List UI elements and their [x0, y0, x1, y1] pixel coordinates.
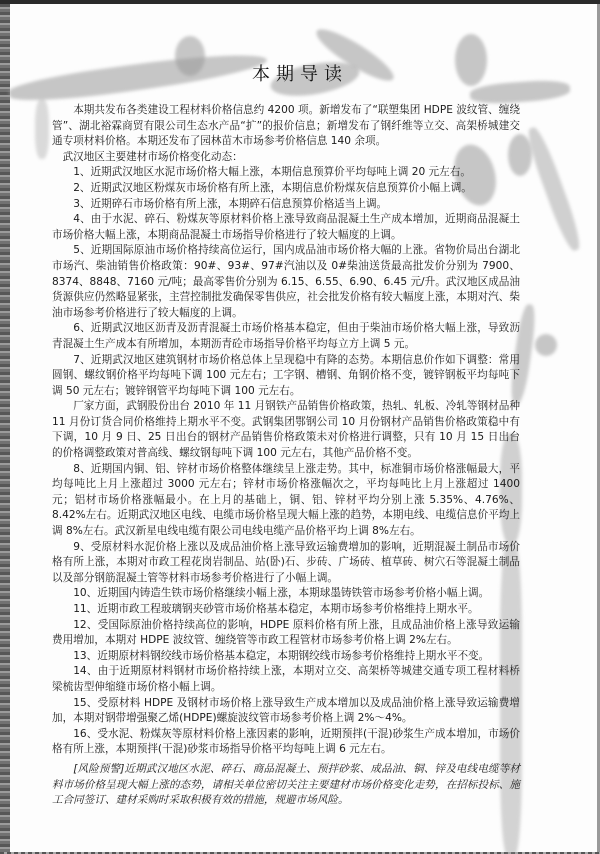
decorative-brush-stroke [523, 125, 584, 253]
list-item: 2、近期武汉地区粉煤灰市场价格有所上涨，本期信息价粉煤灰信息预算价小幅上调。 [52, 181, 520, 197]
list-item: 5、近期国际原油市场价格持续高位运行，国内成品油市场价格大幅的上涨。省物价局出台… [52, 243, 520, 321]
list-item: 11、近期市政工程玻璃钢夹砂管市场价格基本稳定，本期市场参考价格维持上期水平。 [52, 602, 520, 618]
intro-paragraph: 本期共发布各类建设工程材料价格信息约 4200 项。新增发布了“联塑集团 HDP… [52, 103, 520, 150]
list-item: 6、近期武汉地区沥青及沥青混凝土市场价格基本稳定，但由于柴油市场价格大幅上涨，导… [52, 321, 520, 352]
document-body: 本期共发布各类建设工程材料价格信息约 4200 项。新增发布了“联塑集团 HDP… [52, 103, 520, 809]
list-item: 10、近期国内铸造生铁市场价格继续小幅上涨，本期球墨铸铁管市场参考价格小幅上调。 [52, 586, 520, 602]
decorative-brush-stroke [35, 99, 49, 159]
list-item: 4、由于水泥、碎石、粉煤灰等原材料价格上涨导致商品混凝土生产成本增加，近期商品混… [52, 212, 520, 243]
page-title: 本期导读 [0, 60, 600, 86]
list-item: 16、受水泥、粉煤灰等原材料价格上涨因素的影响，近期预拌(干混)砂浆生产成本增加… [52, 727, 520, 758]
risk-warning: [风险预警]近期武汉地区水泥、碎石、商品混凝土、预拌砂浆、成品油、铜、锌及电线电… [52, 762, 520, 809]
list-item: 12、受国际原油价格持续高位的影响，HDPE 原料价格有所上涨，且成品油价格上涨… [52, 618, 520, 649]
scan-left-edge [0, 4, 10, 854]
decorative-brush-dot [535, 334, 557, 356]
list-item: 13、近期原材料钢绞线市场价格基本稳定，本期钢绞线市场参考价格维持上期水平不变。 [52, 649, 520, 665]
list-item: 1、近期武汉地区水泥市场价格大幅上涨，本期信息预算价平均每吨上调 20 元左右。 [52, 165, 520, 181]
section-heading: 武汉地区主要建材市场价格变化动态： [52, 150, 520, 166]
list-item: 14、由于近期原材料钢材市场价格持续上涨，本期对立交、高架桥等城建交通专项工程材… [52, 664, 520, 695]
list-item: 厂家方面，武钢股份出台 2010 年 11 月钢铁产品销售价格政策，热轧、轧板、… [52, 399, 520, 461]
list-item: 7、近期武汉地区建筑钢材市场价格总体上呈现稳中有降的态势。本期信息价作如下调整：… [52, 353, 520, 400]
list-item: 8、近期国内铜、铝、锌材市场价格整体继续呈上涨走势。其中，标准铜市场价格涨幅最大… [52, 462, 520, 540]
list-item: 3、近期碎石市场价格有所上涨，本期碎石信息预算价格适当上调。 [52, 197, 520, 213]
document-page: 本期导读 本期共发布各类建设工程材料价格信息约 4200 项。新增发布了“联塑集… [0, 0, 600, 854]
list-item: 15、受原材料 HDPE 及钢材市场价格上涨导致生产成本增加以及成品油价格上涨导… [52, 696, 520, 727]
list-item: 9、受原材料水泥价格上涨以及成品油价格上涨导致运输费增加的影响，近期混凝土制品市… [52, 540, 520, 587]
